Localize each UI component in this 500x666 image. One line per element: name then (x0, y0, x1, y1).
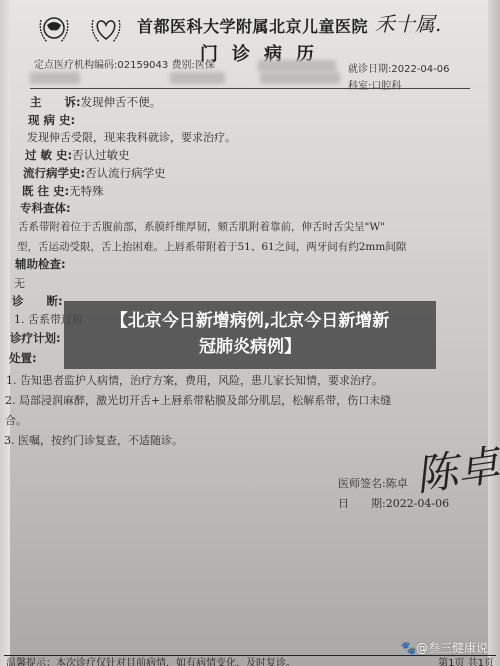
present-illness-heading: 现 病 史: (28, 112, 75, 128)
exam-heading: 专科查体: (20, 200, 71, 216)
footer-tip: 温馨提示：本次诊疗仅针对目前病情，如有病情变化，及时复诊。 (6, 657, 296, 666)
redacted-field (260, 72, 340, 84)
record-footer: 温馨提示：本次诊疗仅针对目前病情，如有病情变化，及时复诊。 第1页 共1页 (6, 657, 494, 666)
doctor-signature-line: 医师签名:陈卓 (338, 475, 408, 491)
paper-edge-left (0, 0, 10, 666)
banner-line-1: 【北京今日新增病例,北京今日新增新 (64, 308, 436, 334)
epidemiology-label: 流行病学史: (23, 166, 85, 180)
treatment-heading: 处置: (9, 350, 37, 366)
past-history-value: 无特殊 (69, 184, 104, 198)
record-date-label: 日 期: (338, 497, 386, 510)
doctor-name: 陈卓 (386, 477, 408, 490)
present-illness-text: 发现伸舌受限，现来我科就诊，要求治疗。 (27, 129, 236, 145)
epidemiology-value: 否认流行病学史 (85, 166, 166, 180)
chief-complaint: 主 诉:发现伸舌不便。 (30, 94, 161, 110)
aux-exam-label: 辅助检查: (15, 257, 66, 271)
redacted-field (258, 60, 336, 72)
visit-date-line: 就诊日期:2022-04-06 (348, 60, 450, 75)
visit-date-label: 就诊日期: (348, 64, 391, 75)
exam-label: 专科查体: (20, 201, 71, 215)
fee-type-label: 费别: (171, 60, 194, 71)
heart-logo-icon (88, 12, 124, 46)
plan-heading: 诊疗计划: (10, 330, 61, 346)
paper-edge-right (488, 0, 500, 666)
exam-text-line-2: 型，舌运动受限，舌上抬困难。上唇系带附着于51、61之间，两牙间有约2mm间隙 (17, 239, 406, 254)
banner-line-2: 冠肺炎病例】 (64, 334, 436, 360)
visit-date: 2022-04-06 (391, 64, 449, 75)
handwritten-note: 禾十属. (375, 8, 441, 37)
plan-label: 诊疗计划: (10, 331, 61, 345)
department-label: 科室: (348, 81, 371, 92)
fee-type: 医保 (195, 60, 215, 71)
redacted-field (30, 72, 80, 84)
institution-code: 02159043 (117, 60, 168, 71)
department: 口腔科 (371, 81, 401, 92)
footer-divider (4, 655, 496, 656)
treatment-item-2: 2. 局部浸润麻醉，激光切开舌+上唇系带粘膜及部分肌层，松解系带，伤口未缝 (5, 392, 391, 408)
doctor-sign-label: 医师签名: (338, 477, 386, 490)
page-indicator: 第1页 共1页 (438, 657, 494, 666)
chief-complaint-value: 发现伸舌不便。 (81, 95, 162, 109)
header-divider (30, 88, 470, 89)
handwritten-signature: 陈卓 (411, 432, 500, 503)
past-history: 既 往 史:无特殊 (22, 183, 104, 199)
redacted-field (170, 72, 225, 84)
emblem-logo-icon (36, 12, 72, 46)
treatment-item-3: 3. 医嘱，按约门诊复查，不适随诊。 (4, 432, 183, 448)
treatment-label: 处置: (9, 351, 37, 365)
allergy-label: 过 敏 史: (25, 148, 72, 162)
present-illness-label: 现 病 史: (28, 113, 75, 127)
overlay-title-banner: 【北京今日新增病例,北京今日新增新 冠肺炎病例】 (64, 301, 436, 369)
past-history-label: 既 往 史: (22, 184, 69, 198)
institution-code-line: 定点医疗机构编码:02159043 费别:医保 (34, 56, 215, 71)
department-line: 科室:口腔科 (348, 77, 401, 92)
hospital-name: 首都医科大学附属北京儿童医院 (137, 14, 368, 37)
treatment-item-2-cont: 合。 (5, 412, 27, 428)
aux-exam-heading: 辅助检查: (15, 256, 66, 272)
source-watermark: 🐾@叁三健康说 (401, 639, 488, 656)
treatment-item-1: 1. 告知患者监护人病情，治疗方案，费用，风险，患儿家长知情，要求治疗。 (6, 372, 383, 388)
allergy-value: 否认过敏史 (72, 148, 130, 162)
aux-exam-text: 无 (14, 275, 25, 291)
exam-text-line-1: 舌系带附着位于舌腹前部，系膜纤维厚韧，颏舌肌附着靠前，伸舌时舌尖呈"W" (18, 219, 385, 234)
chief-complaint-label: 主 诉: (30, 95, 81, 109)
institution-code-label: 定点医疗机构编码: (34, 60, 117, 71)
epidemiology-history: 流行病学史:否认流行病学史 (23, 165, 166, 181)
diagnosis-label: 诊 断: (12, 294, 63, 308)
diagnosis-heading: 诊 断: (12, 293, 63, 309)
allergy-history: 过 敏 史:否认过敏史 (25, 147, 130, 163)
record-header: 首都医科大学附属北京儿童医院 禾十属. 门诊病历 定点医疗机构编码:021590… (0, 0, 500, 95)
